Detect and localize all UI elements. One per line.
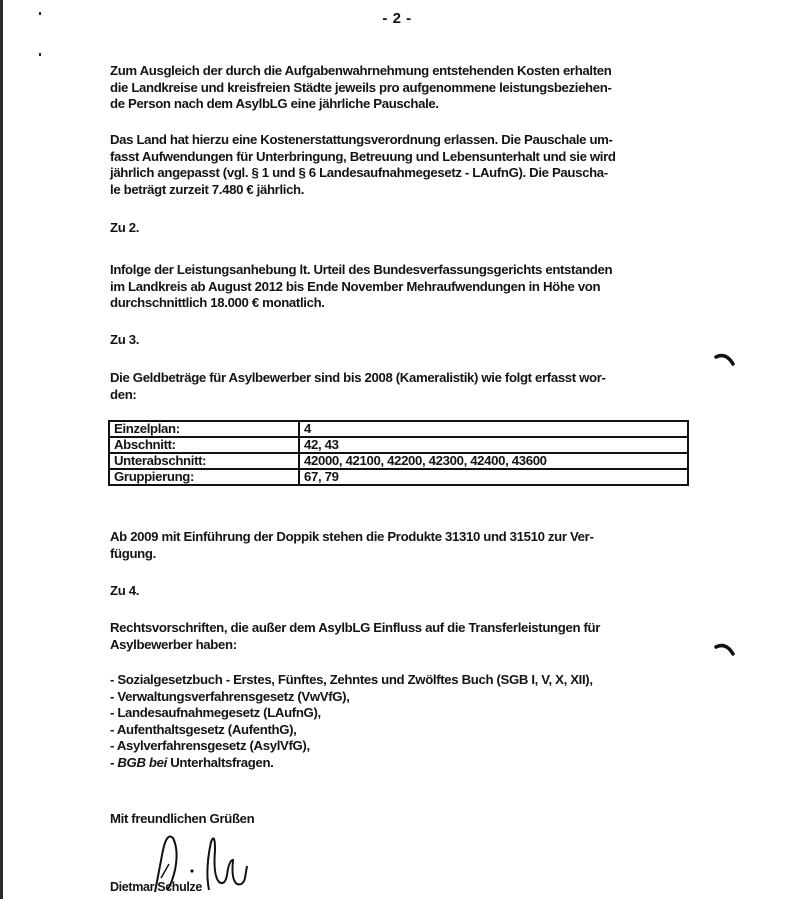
table-row: Unterabschnitt: 42000, 42100, 42200, 423… (109, 453, 688, 469)
text-line: durchschnittlich 18.000 € monatlich. (110, 295, 690, 312)
table-value: 67, 79 (299, 469, 688, 485)
text-line: Zum Ausgleich der durch die Aufgabenwahr… (110, 63, 690, 80)
list-item: - Verwaltungsverfahrensgesetz (VwVfG), (110, 689, 690, 706)
text-line: jährlich angepasst (vgl. § 1 und § 6 Lan… (110, 165, 690, 182)
text-line: Die Geldbeträge für Asylbewerber sind bi… (110, 370, 690, 387)
scan-speck (39, 53, 41, 56)
table-label: Abschnitt: (109, 437, 299, 453)
text-line: fügung. (110, 546, 690, 563)
section-4-heading: Zu 4. (110, 583, 690, 600)
section-3-heading: Zu 3. (110, 332, 690, 349)
scan-left-edge (0, 0, 3, 899)
table-label: Unterabschnitt: (109, 453, 299, 469)
text-line: Ab 2009 mit Einführung der Doppik stehen… (110, 529, 690, 546)
section-2-paragraph: Infolge der Leistungsanhebung lt. Urteil… (110, 262, 690, 312)
italic-text: BGB bei (117, 755, 167, 770)
text-line: im Landkreis ab August 2012 bis Ende Nov… (110, 279, 690, 296)
list-item: - Aufenthaltsgesetz (AufenthG), (110, 722, 690, 739)
section-4-paragraph: Rechtsvorschriften, die außer dem AsylbL… (110, 620, 690, 653)
table-row: Abschnitt: 42, 43 (109, 437, 688, 453)
text-line: den: (110, 387, 690, 404)
table-row: Einzelplan: 4 (109, 421, 688, 437)
table-label: Gruppierung: (109, 469, 299, 485)
text-line: Asylbewerber haben: (110, 637, 690, 654)
signatory-name: Dietmar Schulze (110, 879, 690, 896)
text-line: Das Land hat hierzu eine Kostenerstattun… (110, 132, 690, 149)
page-number: - 2 - (0, 10, 794, 27)
text-line: Infolge der Leistungsanhebung lt. Urteil… (110, 262, 690, 279)
text-line: Rechtsvorschriften, die außer dem AsylbL… (110, 620, 690, 637)
table-value: 4 (299, 421, 688, 437)
intro-paragraph: Zum Ausgleich der durch die Aufgabenwahr… (110, 63, 690, 113)
budget-classification-table: Einzelplan: 4 Abschnitt: 42, 43 Unterabs… (108, 420, 689, 486)
text-line: le beträgt zurzeit 7.480 € jährlich. (110, 182, 690, 199)
table-row: Gruppierung: 67, 79 (109, 469, 688, 485)
text-line: die Landkreise und kreisfreien Städte je… (110, 80, 690, 97)
text-line: de Person nach dem AsylbLG eine jährlich… (110, 96, 690, 113)
scan-mark (714, 642, 736, 656)
regulation-paragraph: Das Land hat hierzu eine Kostenerstattun… (110, 132, 690, 198)
scan-mark (714, 352, 736, 366)
doppik-paragraph: Ab 2009 mit Einführung der Doppik stehen… (110, 529, 690, 562)
table-label: Einzelplan: (109, 421, 299, 437)
section-2-heading: Zu 2. (110, 220, 690, 237)
text-line: fasst Aufwendungen für Unterbringung, Be… (110, 149, 690, 166)
closing-greeting: Mit freundlichen Grüßen (110, 811, 690, 828)
list-item: - Asylverfahrensgesetz (AsylVfG), (110, 738, 690, 755)
list-item: - BGB bei Unterhaltsfragen. (110, 755, 690, 772)
table-value: 42000, 42100, 42200, 42300, 42400, 43600 (299, 453, 688, 469)
list-item: - Sozialgesetzbuch - Erstes, Fünftes, Ze… (110, 672, 690, 689)
section-3-paragraph: Die Geldbeträge für Asylbewerber sind bi… (110, 370, 690, 403)
list-item: - Landesaufnahmegesetz (LAufnG), (110, 705, 690, 722)
table-value: 42, 43 (299, 437, 688, 453)
legal-basis-list: - Sozialgesetzbuch - Erstes, Fünftes, Ze… (110, 672, 690, 771)
